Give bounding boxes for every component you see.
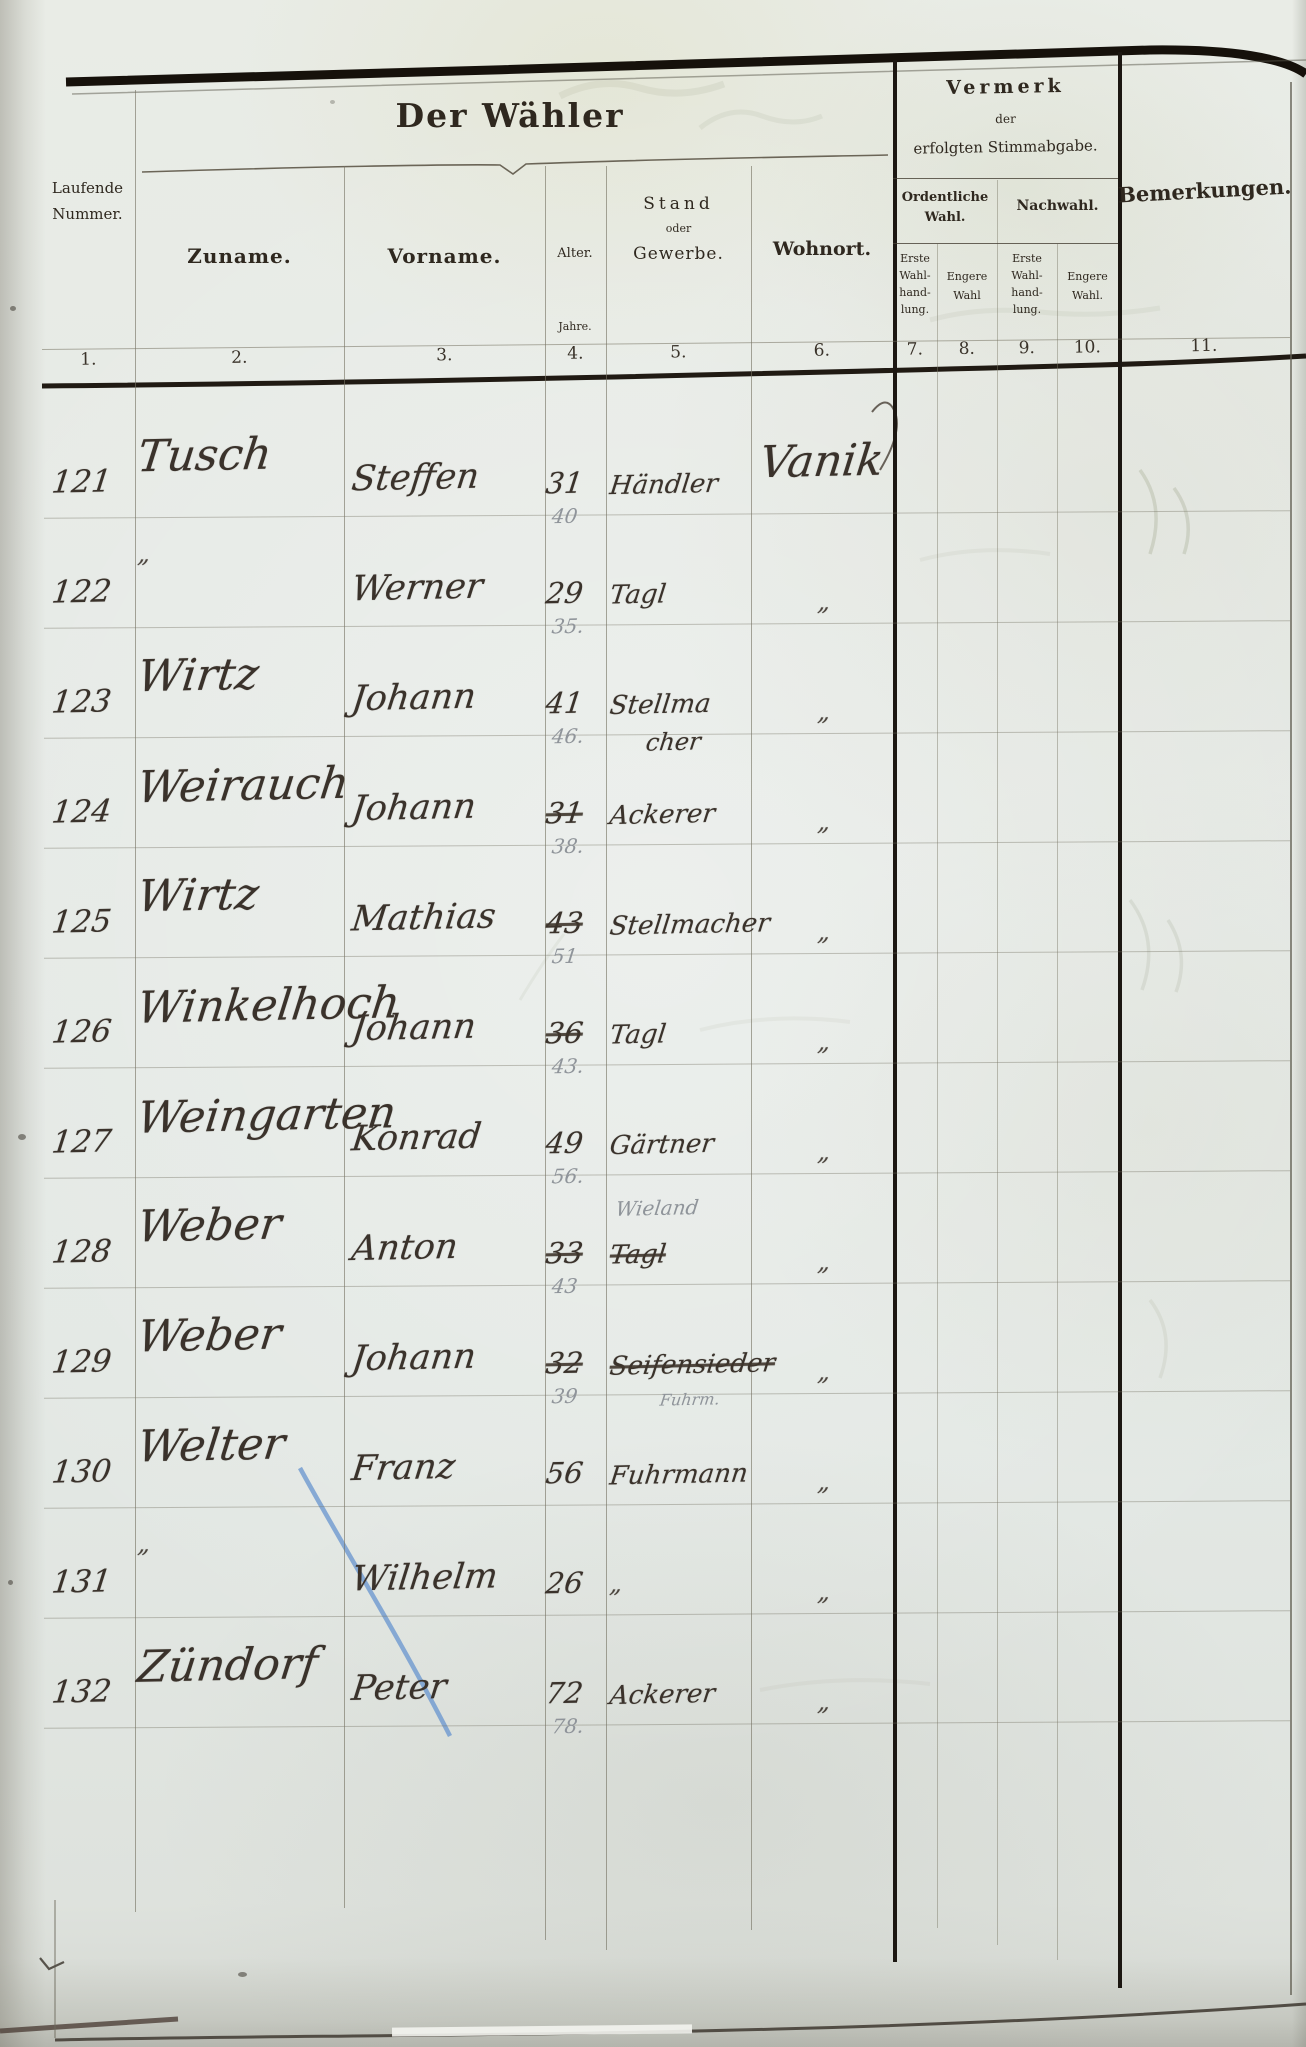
- age-pencil-correction: 46.: [551, 724, 586, 749]
- row-rule: [44, 1720, 1290, 1729]
- column-number: 3.: [344, 344, 545, 366]
- occupation-line2: cher: [644, 727, 702, 756]
- occupation: Seifensieder: [608, 1348, 777, 1381]
- first-name: Johann: [349, 1007, 478, 1050]
- surname: Weirauch: [135, 758, 352, 813]
- age-pencil-correction: 43.: [551, 1054, 586, 1079]
- residence: „: [816, 1578, 832, 1606]
- first-name: Johann: [349, 1337, 478, 1380]
- surname: „: [136, 540, 152, 568]
- surname: Wirtz: [135, 869, 262, 923]
- age-pencil-correction: 39: [551, 1384, 579, 1409]
- age-ink: 36: [544, 1016, 585, 1051]
- column-number: 4.: [545, 343, 606, 364]
- residence: „: [816, 1688, 832, 1716]
- row-rule: [44, 1280, 1290, 1289]
- occupation: Fuhrmann: [608, 1459, 750, 1492]
- residence: „: [816, 588, 832, 616]
- age-ink: 41: [544, 686, 585, 721]
- first-name: Johann: [349, 677, 478, 720]
- age-pencil-correction: 38.: [551, 834, 586, 859]
- age-ink: 43: [544, 906, 585, 941]
- occupation-pencil-note: Fuhrm.: [659, 1389, 721, 1409]
- table-row: 125 Wirtz Mathias 43 51 Stellmacher „: [0, 864, 1306, 976]
- occupation: Stellmacher: [608, 908, 772, 941]
- surname: „: [136, 1530, 152, 1558]
- first-name: Konrad: [349, 1117, 483, 1160]
- table-row: 123 Wirtz Johann 41 46. Stellma cher „: [0, 644, 1306, 756]
- serial-number: 126: [50, 1013, 114, 1050]
- scan-speck: [238, 1972, 247, 1977]
- column-number: 8.: [937, 339, 997, 360]
- table-row: 132 Zündorf Peter 72 78. Ackerer „: [0, 1634, 1306, 1746]
- row-rule: [44, 1610, 1290, 1619]
- scan-speck: [10, 306, 16, 311]
- occupation: Stellma: [608, 689, 712, 721]
- first-name: Peter: [349, 1667, 448, 1709]
- age-pencil-correction: 43: [551, 1274, 579, 1299]
- age-ink: 31: [544, 466, 585, 501]
- first-name: Steffen: [349, 457, 481, 500]
- row-rule: [44, 620, 1290, 629]
- column-number: 2.: [135, 347, 344, 370]
- surname: Wirtz: [135, 649, 262, 703]
- residence: „: [816, 1138, 832, 1166]
- first-name: Franz: [349, 1447, 457, 1489]
- age-ink: 33: [544, 1236, 585, 1271]
- scanned-voter-register-page: { "document": { "header": { "group_title…: [0, 0, 1306, 2047]
- residence: „: [816, 1468, 832, 1496]
- column-number: 9.: [997, 338, 1057, 359]
- surname: Weber: [135, 1309, 284, 1363]
- first-name: Mathias: [349, 897, 498, 940]
- occupation: Gärtner: [608, 1129, 716, 1161]
- surname: Welter: [135, 1418, 288, 1472]
- serial-number: 127: [50, 1123, 114, 1160]
- age-pencil-correction: 40: [551, 504, 579, 529]
- row-rule: [44, 510, 1290, 519]
- table-row: 124 Weirauch Johann 31 38. Ackerer „: [0, 754, 1306, 866]
- occupation: Tagl: [608, 1019, 668, 1050]
- residence: „: [816, 1358, 832, 1386]
- age-ink: 72: [544, 1676, 585, 1711]
- residence: „: [816, 698, 832, 726]
- residence: Vanik: [757, 435, 886, 489]
- serial-number: 129: [50, 1343, 114, 1380]
- table-row: 121 Tusch Steffen 31 40 Händler Vanik: [0, 424, 1306, 536]
- serial-number: 125: [50, 903, 114, 940]
- age-ink: 49: [544, 1126, 585, 1161]
- serial-number: 128: [50, 1233, 114, 1270]
- occupation: Tagl: [608, 579, 668, 610]
- residence: „: [816, 1248, 832, 1276]
- occupation: Tagl: [608, 1239, 668, 1270]
- occupation: Händler: [608, 469, 720, 501]
- residence: „: [816, 918, 832, 946]
- table-row: 126 Winkelhoch Johann 36 43. Tagl „: [0, 974, 1306, 1086]
- age-ink: 32: [544, 1346, 585, 1381]
- column-number: 5.: [606, 342, 751, 364]
- first-name: Werner: [349, 567, 485, 610]
- serial-number: 123: [50, 683, 114, 720]
- column-number: 7.: [893, 339, 937, 360]
- table-row: 130 Welter Franz 56 Fuhrmann „: [0, 1414, 1306, 1526]
- serial-number: 131: [50, 1563, 114, 1600]
- row-rule: [44, 1060, 1290, 1069]
- scan-speck: [330, 100, 335, 104]
- age-ink: 26: [544, 1566, 585, 1601]
- first-name: Anton: [349, 1227, 460, 1269]
- occupation: „: [608, 1570, 624, 1598]
- age-ink: 31: [544, 796, 585, 831]
- column-number: 10.: [1057, 337, 1118, 358]
- serial-number: 121: [50, 463, 114, 500]
- age-pencil-correction: 35.: [551, 614, 586, 639]
- scan-speck: [18, 1134, 26, 1140]
- row-rule: [44, 840, 1290, 849]
- age-ink: 29: [544, 576, 585, 611]
- surname: Weber: [135, 1199, 284, 1253]
- column-number: 1.: [42, 349, 135, 370]
- scan-speck: [8, 1580, 13, 1585]
- row-rule: [44, 950, 1290, 959]
- serial-number: 124: [50, 793, 114, 830]
- surname: Zündorf: [135, 1638, 321, 1693]
- serial-number: 130: [50, 1453, 114, 1490]
- serial-number: 132: [50, 1673, 114, 1710]
- occupation: Ackerer: [608, 799, 717, 831]
- residence: „: [816, 808, 832, 836]
- surname: Tusch: [135, 429, 275, 483]
- first-name: Wilhelm: [349, 1556, 500, 1599]
- age-pencil-correction: 56.: [551, 1164, 586, 1189]
- column-number: 11.: [1118, 335, 1290, 357]
- table-row: 122 „ Werner 29 35. Tagl „: [0, 534, 1306, 646]
- age-pencil-correction: 51: [551, 944, 579, 969]
- row-rule: [44, 1170, 1290, 1179]
- residence: „: [816, 1028, 832, 1056]
- column-number: 6.: [751, 340, 893, 362]
- table-row: 131 „ Wilhelm 26 „ „: [0, 1524, 1306, 1636]
- table-row: 127 Weingarten Konrad 49 56. Gärtner „: [0, 1084, 1306, 1196]
- table-row: 129 Weber Johann 32 39 Seifensieder Fuhr…: [0, 1304, 1306, 1416]
- serial-number: 122: [50, 573, 114, 610]
- age-ink: 56: [544, 1456, 585, 1491]
- age-pencil-correction: 78.: [551, 1714, 586, 1739]
- occupation: Ackerer: [608, 1679, 717, 1711]
- table-row: 128 Weber Anton 33 43 Tagl Wieland „: [0, 1194, 1306, 1306]
- row-rule: [44, 1500, 1290, 1509]
- occupation-pencil-note: Wieland: [614, 1195, 700, 1221]
- first-name: Johann: [349, 787, 478, 830]
